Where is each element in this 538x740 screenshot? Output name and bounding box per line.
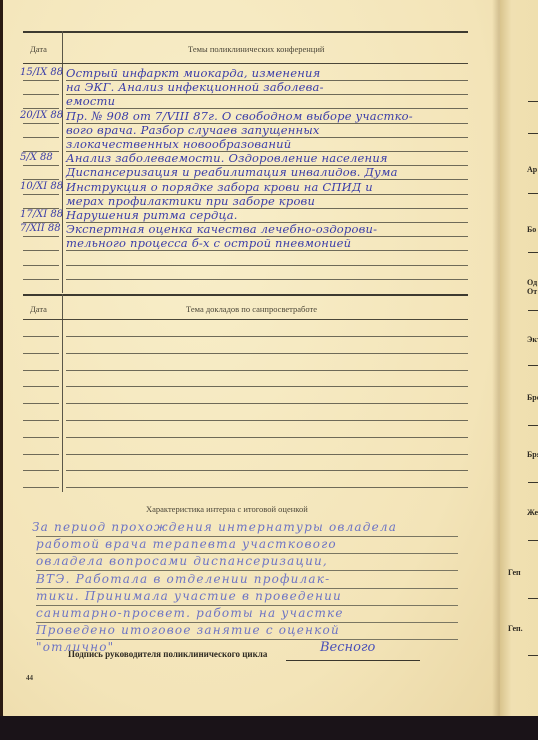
sanitary-date-rule — [23, 336, 59, 337]
conference-topic-line: емости — [66, 94, 115, 108]
date-rule — [23, 279, 59, 280]
adjacent-page-rule — [528, 310, 538, 311]
sanitary-topic-rule — [66, 370, 468, 371]
sanitary-topic-rule — [66, 454, 468, 455]
date-rule — [23, 108, 59, 109]
adjacent-page-label: Бро — [527, 393, 538, 402]
adjacent-page-rule — [528, 101, 538, 102]
conference-date: 20/IX 88 — [20, 110, 63, 121]
date-rule — [23, 194, 59, 195]
characteristic-line: "отлично" — [36, 640, 114, 654]
signature: Весного — [320, 640, 375, 655]
characteristic-line: санитарно-просвет. работы на участке — [36, 606, 344, 620]
conference-topic-line: Нарушения ритма сердца. — [66, 208, 238, 222]
sanitary-topic-rule — [66, 386, 468, 387]
sanitary-date-rule — [23, 370, 59, 371]
conference-topic-line: тельного процесса б-х с острой пневмоние… — [66, 236, 351, 250]
signature-line — [286, 660, 420, 661]
date-rule — [23, 123, 59, 124]
date-rule — [23, 165, 59, 166]
date-rule — [23, 80, 59, 81]
sanitary-topic-rule — [66, 437, 468, 438]
date-rule — [23, 151, 59, 152]
date-rule — [23, 236, 59, 237]
sanitary-top-border — [23, 294, 468, 296]
topic-rule — [66, 208, 468, 209]
topic-rule — [66, 265, 468, 266]
table-top-border — [23, 31, 468, 33]
conference-topic-line: мерах профилактики при заборе крови — [66, 194, 315, 208]
sanitary-topic-rule — [66, 470, 468, 471]
journal-page: Дата Темы поликлинических конференций Да… — [0, 0, 500, 716]
adjacent-page-rule — [528, 540, 538, 541]
topic-rule — [66, 123, 468, 124]
topic-rule — [66, 80, 468, 81]
adjacent-page-label: Бо — [527, 225, 536, 234]
conference-date: 15/IX 88 — [20, 67, 63, 78]
adjacent-page-rule — [528, 133, 538, 134]
header-underline — [23, 63, 468, 64]
adjacent-page-rule — [528, 193, 538, 194]
characteristic-line: овладела вопросами диспансеризации, — [36, 554, 328, 568]
date-rule — [23, 250, 59, 251]
conference-topic-line: злокачественных новообразований — [66, 137, 291, 151]
conference-date: 17/XI 88 — [20, 209, 63, 220]
sanitary-topic-rule — [66, 420, 468, 421]
date-rule — [23, 179, 59, 180]
adjacent-page-label: Бря — [527, 450, 538, 459]
characteristic-line: работой врача терапевта участкового — [36, 537, 337, 551]
characteristic-line: тики. Принимала участие в проведении — [36, 589, 342, 603]
date-rule — [23, 222, 59, 223]
sanitary-topic-rule — [66, 403, 468, 404]
topic-rule — [66, 165, 468, 166]
conference-date: 5/X 88 — [20, 152, 53, 163]
conference-topic-line: на ЭКГ. Анализ инфекционной заболева- — [66, 80, 324, 94]
topic-rule — [66, 137, 468, 138]
conference-topic-line: Инструкция о порядке забора крови на СПИ… — [66, 180, 373, 194]
sanitary-date-rule — [23, 454, 59, 455]
sanitary-date-rule — [23, 420, 59, 421]
adjacent-page-rule — [528, 598, 538, 599]
topic-rule — [66, 236, 468, 237]
sanitary-date-rule — [23, 386, 59, 387]
sanitary-topic-header: Тема докладов по санпросветработе — [186, 304, 317, 314]
adjacent-page-label: Геп. — [508, 624, 523, 633]
conferences-date-header: Дата — [30, 44, 47, 54]
characteristic-line: ВТЭ. Работала в отделении профилак- — [36, 572, 330, 586]
conference-topic-line: Пр. № 908 от 7/VIII 87г. О свободном выб… — [66, 109, 413, 123]
topic-rule — [66, 250, 468, 251]
adjacent-page-label: Геп — [508, 568, 521, 577]
sanitary-date-divider — [62, 294, 63, 492]
sanitary-date-rule — [23, 437, 59, 438]
conference-topic-line: Экспертная оценка качества лечебно-оздор… — [66, 222, 377, 236]
date-rule — [23, 94, 59, 95]
sanitary-date-rule — [23, 353, 59, 354]
characteristic-line: Проведено итоговое занятие с оценкой — [36, 623, 340, 637]
date-rule — [23, 208, 59, 209]
topic-rule — [66, 179, 468, 180]
sanitary-date-header: Дата — [30, 304, 47, 314]
topic-rule — [66, 194, 468, 195]
adjacent-page-label: Жел — [527, 508, 538, 517]
sanitary-topic-rule — [66, 336, 468, 337]
conference-date: 10/XI 88 — [20, 181, 63, 192]
adjacent-page-rule — [528, 252, 538, 253]
adjacent-page-label: Ар — [527, 165, 537, 174]
characteristic-title: Характеристика интерна с итоговой оценко… — [146, 504, 308, 514]
conference-topic-line: Анализ заболеваемости. Оздоровление насе… — [66, 151, 388, 165]
conference-topic-line: Диспансеризация и реабилитация инвалидов… — [66, 165, 398, 179]
page-number: 44 — [26, 674, 33, 682]
adjacent-page-label: Экт — [527, 335, 538, 344]
adjacent-page-label: Од — [527, 278, 537, 287]
date-rule — [23, 137, 59, 138]
adjacent-page: АрБоОдОтЭктБроБряЖелГепГеп. — [500, 0, 538, 716]
sanitary-topic-rule — [66, 353, 468, 354]
page-edge — [0, 0, 3, 716]
adjacent-page-label: От — [527, 287, 537, 296]
adjacent-page-rule — [528, 425, 538, 426]
conferences-topic-header: Темы поликлинических конференций — [188, 44, 324, 54]
conference-date: 7/XII 88 — [20, 223, 61, 234]
sanitary-topic-rule — [66, 487, 468, 488]
conference-topic-line: вого врача. Разбор случаев запущенных — [66, 123, 320, 137]
adjacent-page-rule — [528, 655, 538, 656]
sanitary-date-rule — [23, 403, 59, 404]
date-rule — [23, 265, 59, 266]
conference-topic-line: Острый инфаркт миокарда, изменения — [66, 66, 320, 80]
characteristic-line: За период прохождения интернатуры овладе… — [32, 520, 397, 534]
sanitary-date-rule — [23, 487, 59, 488]
adjacent-page-rule — [528, 482, 538, 483]
topic-rule — [66, 222, 468, 223]
topic-rule — [66, 151, 468, 152]
sanitary-header-underline — [23, 319, 468, 320]
topic-rule — [66, 94, 468, 95]
sanitary-date-rule — [23, 470, 59, 471]
topic-rule — [66, 279, 468, 280]
topic-rule — [66, 108, 468, 109]
adjacent-page-rule — [528, 365, 538, 366]
